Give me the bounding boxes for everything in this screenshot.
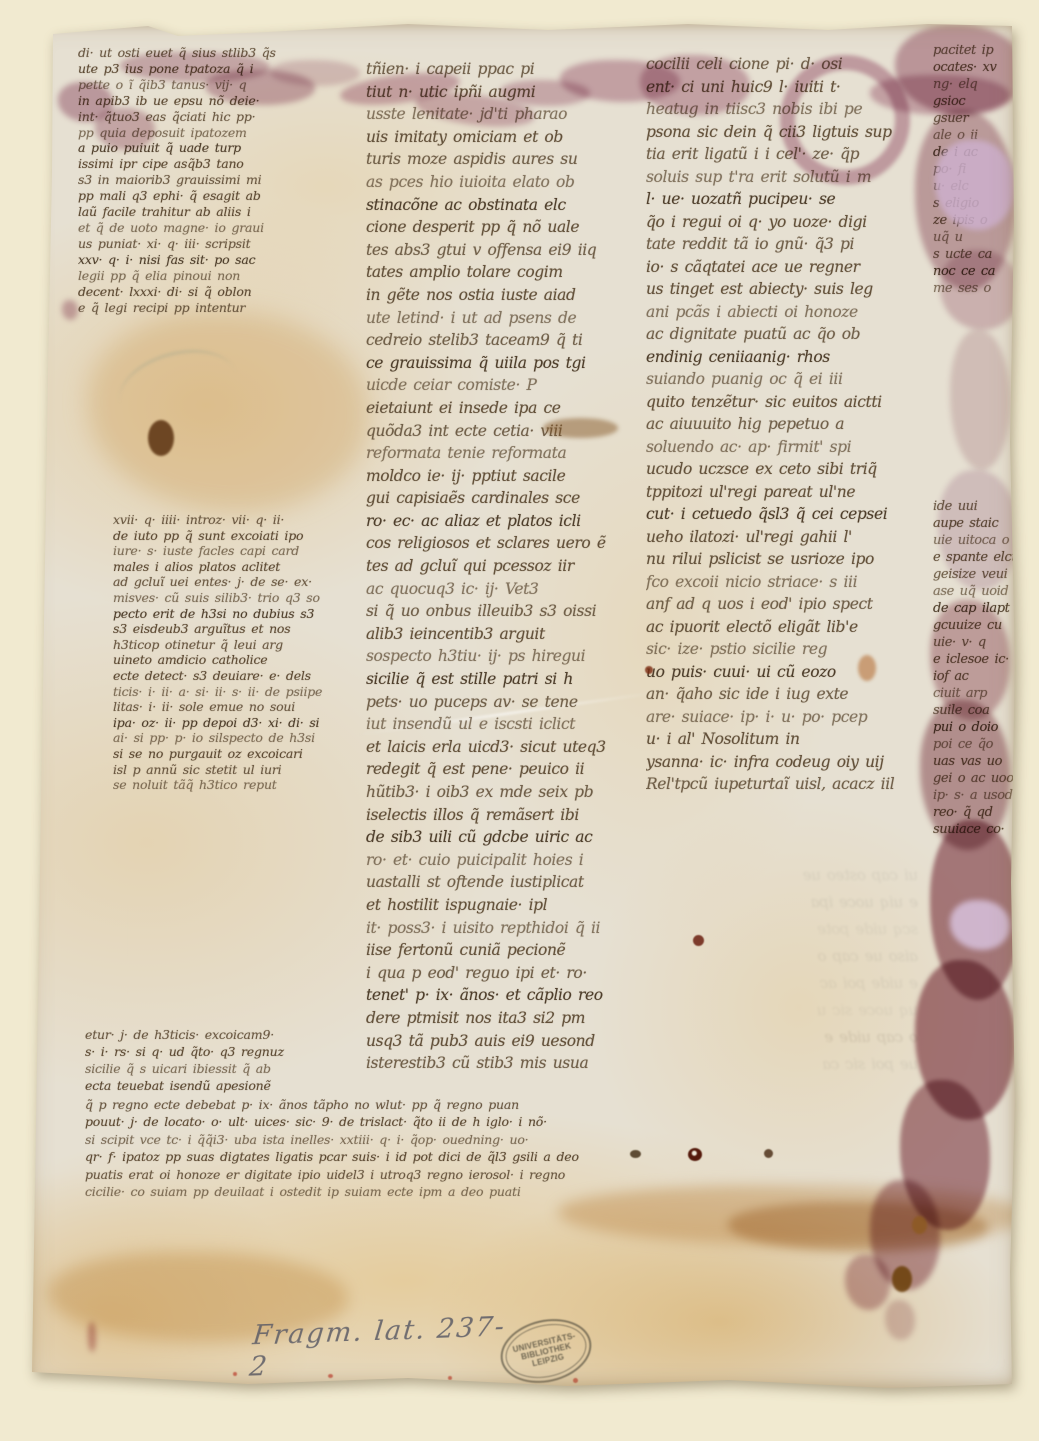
manuscript-line: pp quia deposuit ipatozem xyxy=(78,125,348,141)
manuscript-line: tppitozi ul'regi pareat ul'ne xyxy=(646,481,914,504)
manuscript-line: anf ad q uos i eod' ipio spect xyxy=(646,593,914,616)
brown-spot xyxy=(764,1149,773,1158)
manuscript-line: reo· q̃ qd xyxy=(933,804,1015,821)
manuscript-line: legii pp q̃ elia pinoui non xyxy=(78,268,348,284)
manuscript-line: de cap ilapt xyxy=(933,600,1015,617)
manuscript-line: scq uide pote xyxy=(668,916,918,943)
manuscript-line: ip· s· a usod xyxy=(933,787,1015,804)
manuscript-line: e spante elct xyxy=(933,549,1015,566)
manuscript-line: de iuto pp q̃ sunt excoiati ipo xyxy=(113,528,361,544)
manuscript-line: pp mali q3 ephi· q̃ esagit ab xyxy=(78,188,348,204)
purple-stain xyxy=(930,820,1020,1000)
purple-stain xyxy=(900,1080,990,1230)
photograph-background: ui cap osteo uee uiq uoce ipascq uide po… xyxy=(0,0,1039,1441)
manuscript-line: pui o doio xyxy=(933,719,1015,736)
manuscript-line: noc ce ca xyxy=(933,263,1015,280)
manuscript-line: et hostilit ispugnaie· ipl xyxy=(366,894,642,917)
manuscript-line: reformata tenie reformata xyxy=(366,442,642,465)
manuscript-line: e iclesoe ic· xyxy=(933,651,1015,668)
manuscript-line: uo puis· cuui· ui cũ eozo xyxy=(646,661,914,684)
brown-spot xyxy=(148,420,174,456)
left-gloss-block-2: xvii· q· iiii· introz· vii· q· ii·de iut… xyxy=(113,512,361,795)
brown-spot xyxy=(912,1216,927,1234)
left-gloss-block-3: etur· j· de h3ticis· excoicam9·s· i· rs·… xyxy=(85,1026,337,1095)
manuscript-line: it· poss3· i uisito repthidoi q̃ ii xyxy=(366,917,642,940)
manuscript-line: q̃o i regui oi q· yo uoze· digi xyxy=(646,211,914,234)
stamp-line-2: BIBLIOTHEK xyxy=(514,1339,578,1362)
manuscript-line: suiando puanig oc q̃ ei iii xyxy=(646,368,914,391)
manuscript-line: uas vas uo xyxy=(933,753,1015,770)
brown-spot xyxy=(892,1266,912,1292)
manuscript-line: issimi ipr cipe asq̃b3 tano xyxy=(78,156,348,172)
manuscript-line: suile coa xyxy=(933,702,1015,719)
library-stamp-text: UNIVERSITÄTS- BIBLIOTHEK LEIPZIG xyxy=(512,1331,580,1372)
stamp-line-3: LEIPZIG xyxy=(516,1348,580,1371)
manuscript-line: cos religiosos et sclares uero ẽ xyxy=(366,532,642,555)
manuscript-line: ac dignitate puatũ ac q̃o ob xyxy=(646,323,914,346)
margin-column-block-2: ide uuiaupe staicuie uitoca oe spante el… xyxy=(933,498,1015,839)
manuscript-line: turis moze aspidis aures su xyxy=(366,148,642,171)
red-speck xyxy=(573,1378,578,1383)
manuscript-line: an· q̃aho sic ide i iug exte xyxy=(646,683,914,706)
manuscript-line: se noluit tãq̃ h3tico reput xyxy=(113,777,361,793)
manuscript-line: pecto erit de h3si no dubius s3 xyxy=(113,606,361,622)
manuscript-line: cicilie· co suiam pp deuilaat i ostedit … xyxy=(85,1183,643,1200)
manuscript-line: ysanna· ic· infra codeug oiy uij xyxy=(646,751,914,774)
manuscript-line: usste lenitate· jd'ti pharao xyxy=(366,103,642,126)
manuscript-line: puatis erat oi honoze er digitate ipio u… xyxy=(85,1166,643,1183)
manuscript-line: ucudo uczsce ex ceto sibi triq̃ xyxy=(646,458,914,481)
manuscript-line: int· q̃tuo3 eas q̃ciati hic pp· xyxy=(78,109,348,125)
purple-stain xyxy=(88,1322,96,1352)
purple-stain xyxy=(885,1300,915,1340)
manuscript-line: in gẽte nos ostia iuste aiad xyxy=(366,284,642,307)
manuscript-line: ro· et· cuio puicipalit hoies i xyxy=(366,849,642,872)
manuscript-line: as pces hio iuioita elato ob xyxy=(366,171,642,194)
manuscript-line: iure· s· iuste facles capi card xyxy=(113,543,361,559)
manuscript-line: ac ipuorit electõ eligãt lib'e xyxy=(646,616,914,639)
manuscript-line: isterestib3 cũ stib3 mis usua xyxy=(366,1052,642,1075)
ghost-pencil-mark xyxy=(111,338,246,440)
manuscript-line: dere ptmisit nos ita3 si2 pm xyxy=(366,1007,642,1030)
manuscript-line: ute p3 ius pone tpatoza q̃ i xyxy=(78,61,348,77)
manuscript-line: si scipit vce tc· i q̃q̃i3· uba ista ine… xyxy=(85,1131,643,1148)
manuscript-line: uicde ceiar comiste· P xyxy=(366,374,642,397)
manuscript-line: cocilii celi cione pi· d· osi xyxy=(646,53,914,76)
manuscript-line: iut insendũ ul e iscsti iclict xyxy=(366,713,642,736)
manuscript-line: heatug in tiisc3 nobis ibi pe xyxy=(646,98,914,121)
red-speck xyxy=(328,1374,333,1378)
manuscript-line: uis imitaty omiciam et ob xyxy=(366,126,642,149)
stamp-line-1: UNIVERSITÄTS- xyxy=(512,1331,576,1354)
manuscript-line: ide uui xyxy=(933,498,1015,515)
manuscript-line: iselectis illos q̃ remãsert ibi xyxy=(366,804,642,827)
manuscript-line: ng· elq xyxy=(933,76,1015,93)
manuscript-line: Rel'tpcũ iupeturtaĩ uisl, acacz iil xyxy=(646,773,914,796)
manuscript-line: tes ad gcluĩ qui pcessoz iir xyxy=(366,555,642,578)
manuscript-line: psona sic dein q̃ cii3 ligtuis sup xyxy=(646,121,914,144)
stain xyxy=(88,312,368,512)
manuscript-line: pouut· j· de locato· o· ult· uices· sic·… xyxy=(85,1113,643,1130)
manuscript-line: xxv· q· i· nisi fas sit· po sac xyxy=(78,252,348,268)
manuscript-line: si q̃ uo onbus illeuib3 s3 oissi xyxy=(366,600,642,623)
manuscript-line: s3 eisdeub3 arguĩtus et nos xyxy=(113,621,361,637)
manuscript-line: gsioc xyxy=(933,93,1015,110)
manuscript-line: eietaiunt ei insede ipa ce xyxy=(366,397,642,420)
manuscript-line: et laicis erla uicd3· sicut uteq3 xyxy=(366,736,642,759)
manuscript-line: gui capisiaẽs cardinales sce xyxy=(366,487,642,510)
manuscript-line: uastalli st oftende iustiplicat xyxy=(366,871,642,894)
manuscript-line: di· ut osti euet q̃ sius stlib3 q̃s xyxy=(78,45,348,61)
manuscript-line: etur· j· de h3ticis· excoicam9· xyxy=(85,1026,337,1043)
manuscript-line: isl p annũ sic stetit ul iuri xyxy=(113,762,361,778)
manuscript-line: males i alios platos aclitet xyxy=(113,559,361,575)
manuscript-line: ent· ci uni huic9 l· iuiti t· xyxy=(646,76,914,99)
manuscript-line: tate reddit tã io gnũ· q̃3 pi xyxy=(646,233,914,256)
manuscript-line: uq̃ u xyxy=(933,229,1015,246)
manuscript-line: misves· cũ suis silib3· trio q3 so xyxy=(113,590,361,606)
manuscript-line: de sib3 uili cũ gdcbe uiric ac xyxy=(366,826,642,849)
manuscript-line: ad gcluĩ uei entes· j· de se· ex· xyxy=(113,574,361,590)
manuscript-line: quõda3 int ecte cetia· viii xyxy=(366,420,642,443)
manuscript-line: quito tenzẽtur· sic euitos aictti xyxy=(646,391,914,414)
manuscript-line: tia erit ligatũ i i cel'· ze· q̃p xyxy=(646,143,914,166)
manuscript-line: tiut n· utic ipñi augmi xyxy=(366,81,642,104)
manuscript-line: u· elc xyxy=(933,178,1015,195)
purple-stain xyxy=(950,330,1010,470)
manuscript-line: s eligio xyxy=(933,195,1015,212)
manuscript-line: tates amplio tolare cogim xyxy=(366,261,642,284)
margin-column-block-1: pacitet ipocates· xvng· elqgsiocgsuerale… xyxy=(933,42,1015,298)
red-speck xyxy=(448,1376,452,1380)
manuscript-line: aupe staic xyxy=(933,515,1015,532)
manuscript-line: cedreio stelib3 taceam9 q̃ ti xyxy=(366,329,642,352)
manuscript-line: cione desperit pp q̃ nõ uale xyxy=(366,216,642,239)
manuscript-line: pacitet ip xyxy=(933,42,1015,59)
manuscript-line: i qua p eod' reguo ipi et· ro· xyxy=(366,962,642,985)
manuscript-line: ciuit arp xyxy=(933,685,1015,702)
manuscript-line: po· fi xyxy=(933,161,1015,178)
manuscript-line: e uiq uoce ipa xyxy=(668,889,918,916)
manuscript-line: ipa· oz· ii· pp depoi d3· xi· di· si xyxy=(113,715,361,731)
manuscript-line: tenet' p· ix· ãnos· et cãplio reo xyxy=(366,984,642,1007)
manuscript-line: alib3 ieincentib3 arguit xyxy=(366,623,642,646)
manuscript-line: sicilie q̃ est stille patri si h xyxy=(366,668,642,691)
manuscript-line: pette o ĩ q̃ib3 tanus· vij· q xyxy=(78,77,348,93)
manuscript-line: et q̃ de uoto magne· io graui xyxy=(78,220,348,236)
manuscript-line: s3 in maiorib3 grauissimi mi xyxy=(78,172,348,188)
manuscript-line: soluis sup t'ra erit solutũ i m xyxy=(646,166,914,189)
manuscript-line: ecte detect· s3 deuiare· e· dels xyxy=(113,668,361,684)
manuscript-line: s· i· rs· si q· ud q̃to· q3 regnuz xyxy=(85,1043,337,1060)
manuscript-line: e uide poi ac xyxy=(668,970,918,997)
manuscript-line: us puniat· xi· q· iii· scripsit xyxy=(78,236,348,252)
manuscript-line: ueho ilatozi· ul'regi gahii l' xyxy=(646,526,914,549)
manuscript-line: io· s cãqtatei ace ue regner xyxy=(646,256,914,279)
manuscript-line: ac quocuq3 ic· ij· Vet3 xyxy=(366,578,642,601)
manuscript-line: gei o ac uoo xyxy=(933,770,1015,787)
manuscript-line: h3ticop otinetur q̃ leui arg xyxy=(113,637,361,653)
manuscript-line: l· ue· uozatñ pucipeu· se xyxy=(646,188,914,211)
manuscript-line: suuiace co· xyxy=(933,821,1015,838)
manuscript-line: uq uoce sic u xyxy=(668,997,918,1024)
parchment-sheet: ui cap osteo uee uiq uoce ipascq uide po… xyxy=(28,22,1016,1390)
manuscript-line: me ses o xyxy=(933,280,1015,297)
manuscript-line: ani pcãs i abiecti oi honoze xyxy=(646,301,914,324)
manuscript-line: ro· ec· ac aliaz et platos icli xyxy=(366,510,642,533)
manuscript-line: ai· si pp· p· io silspecto de h3si xyxy=(113,730,361,746)
manuscript-line: iise fertonũ cuniã pecionẽ xyxy=(366,939,642,962)
manuscript-line: o cap uide e xyxy=(668,1024,918,1051)
left-gloss-block-1: di· ut osti euet q̃ sius stlib3 q̃sute p… xyxy=(78,45,348,317)
manuscript-line: tñien· i capeii ppac pi xyxy=(366,58,642,81)
manuscript-line: ce grauissima q̃ uiila pos tgi xyxy=(366,352,642,375)
manuscript-line: pets· uo puceps av· se tene xyxy=(366,691,642,714)
manuscript-line: uineto amdicio catholice xyxy=(113,652,361,668)
manuscript-line: are· suiace· ip· i· u· po· pcep xyxy=(646,706,914,729)
stain xyxy=(728,1202,988,1252)
manuscript-line: geisize veui xyxy=(933,566,1015,583)
manuscript-line: ui cap osteo ue xyxy=(668,862,918,889)
manuscript-line: ticis· i· ii· a· si· ii· s· ii· de psiip… xyxy=(113,684,361,700)
manuscript-line: nu rilui pslicist se usrioze ipo xyxy=(646,548,914,571)
lilac-patch xyxy=(950,900,1010,950)
manuscript-line: q̃ p regno ecte debebat p· ix· ãnos tãph… xyxy=(85,1096,643,1113)
manuscript-line: ac aiuuuito hig pepetuo a xyxy=(646,413,914,436)
manuscript-line: in apib3 ib ue epsu nõ deie· xyxy=(78,93,348,109)
manuscript-line: ecta teuebat isendũ apesionẽ xyxy=(85,1077,337,1094)
manuscript-line: ocates· xv xyxy=(933,59,1015,76)
manuscript-line: hũtib3· i oib3 ex mde seix pb xyxy=(366,781,642,804)
manuscript-line: iof ac xyxy=(933,668,1015,685)
manuscript-line: sospecto h3tiu· ij· ps hiregui xyxy=(366,645,642,668)
manuscript-line: cut· i cetuedo q̃sl3 q̃ cei cepsei xyxy=(646,503,914,526)
manuscript-line: ue poi sic ca xyxy=(668,1051,918,1078)
center-text-column: tñien· i capeii ppac pitiut n· utic ipñi… xyxy=(366,58,642,1078)
manuscript-line: u· i al' Nosolitum in xyxy=(646,728,914,751)
manuscript-line: e q̃ legi recipi pp intentur xyxy=(78,300,348,316)
manuscript-line: sic· ize· pstio sicilie reg xyxy=(646,638,914,661)
right-text-column: cocilii celi cione pi· d· osient· ci uni… xyxy=(646,53,914,798)
manuscript-line: uie uitoca o xyxy=(933,532,1015,549)
manuscript-line: fco excoii nicio striace· s iii xyxy=(646,571,914,594)
manuscript-line: decent· lxxxi· di· si q̃ oblon xyxy=(78,284,348,300)
manuscript-line: tes abs3 gtui v offensa ei9 iiq xyxy=(366,239,642,262)
manuscript-line: endinig ceniiaanig· rhos xyxy=(646,346,914,369)
purple-stain xyxy=(915,960,1015,1120)
manuscript-line: usq3 tã pub3 auis ei9 uesond xyxy=(366,1030,642,1053)
manuscript-line: gcuuize cu xyxy=(933,617,1015,634)
manuscript-line: stinacõne ac obstinata elc xyxy=(366,194,642,217)
manuscript-line: de i ac xyxy=(933,144,1015,161)
manuscript-line: litas· i· ii· sole emue no soui xyxy=(113,699,361,715)
manuscript-line: laũ facile trahitur ab aliis i xyxy=(78,204,348,220)
manuscript-line: us tinget est abiecty· suis leg xyxy=(646,278,914,301)
manuscript-line: a puio puiuit q̃ uade turp xyxy=(78,140,348,156)
shelfmark-annotation: Fragm. lat. 237-2 xyxy=(250,1311,514,1364)
manuscript-line: ase uq̃ uoid xyxy=(933,583,1015,600)
manuscript-line: soluendo ac· ap· firmit' spi xyxy=(646,436,914,459)
red-speck xyxy=(233,1372,237,1376)
manuscript-line: sicilie q̃ s uicari ibiessit q̃ ab xyxy=(85,1060,337,1077)
purple-stain xyxy=(62,300,78,320)
manuscript-line: poi ce q̃o xyxy=(933,736,1015,753)
manuscript-line: moldco ie· ij· pptiut sacile xyxy=(366,465,642,488)
manuscript-line: aiso ue cap o xyxy=(668,943,918,970)
manuscript-line: ute letind· i ut ad psens de xyxy=(366,307,642,330)
burn-hole xyxy=(688,1148,702,1161)
manuscript-line: qr· f· ipatoz pp suas digtates ligatis p… xyxy=(85,1148,643,1165)
manuscript-line: ze ipis o xyxy=(933,212,1015,229)
purple-stain xyxy=(870,1180,940,1290)
manuscript-line: gsuer xyxy=(933,110,1015,127)
manuscript-line: si se no purgauit oz excoicari xyxy=(113,746,361,762)
manuscript-line: uie· v· q xyxy=(933,634,1015,651)
show-through-text: ui cap osteo uee uiq uoce ipascq uide po… xyxy=(668,862,918,1092)
manuscript-line: xvii· q· iiii· introz· vii· q· ii· xyxy=(113,512,361,528)
purple-stain xyxy=(845,1255,890,1310)
bottom-wide-block: q̃ p regno ecte debebat p· ix· ãnos tãph… xyxy=(85,1096,643,1202)
manuscript-line: ale o ii xyxy=(933,127,1015,144)
parchment-shadow-wrap: ui cap osteo uee uiq uoce ipascq uide po… xyxy=(0,0,1039,1441)
manuscript-line: s ucte ca xyxy=(933,246,1015,263)
manuscript-line: redegit q̃ est pene· peuico ii xyxy=(366,758,642,781)
